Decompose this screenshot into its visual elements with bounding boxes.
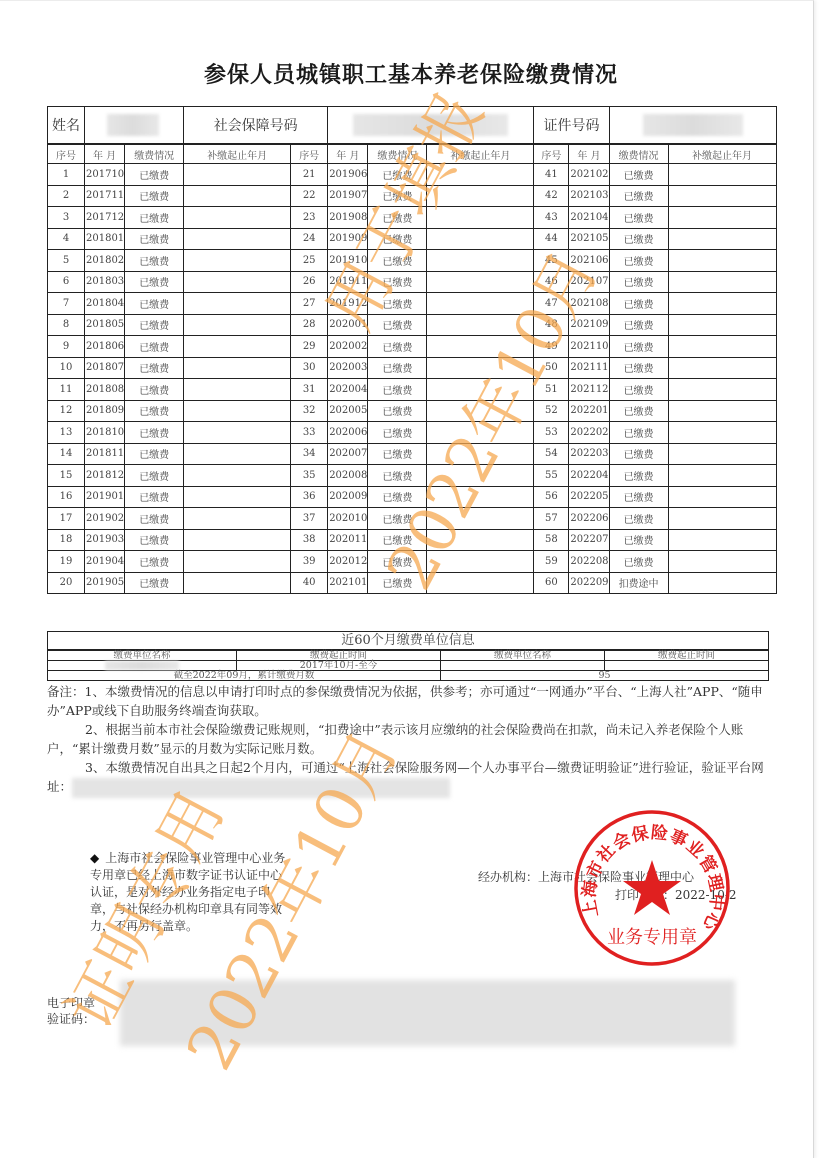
row-supplementary-period <box>427 508 534 530</box>
row-supplementary-period <box>668 164 776 186</box>
row-number: 1 <box>48 164 85 186</box>
column-header: 序号 <box>534 144 569 164</box>
name-value <box>85 107 184 145</box>
row-year-month: 201806 <box>85 336 125 358</box>
row-status: 已缴费 <box>609 400 668 422</box>
row-number: 51 <box>534 379 569 401</box>
ecode-redacted <box>120 980 735 1046</box>
row-supplementary-period <box>427 551 534 573</box>
row-supplementary-period <box>427 228 534 250</box>
row-number: 17 <box>48 508 85 530</box>
row-year-month: 202101 <box>328 572 368 594</box>
row-number: 45 <box>534 250 569 272</box>
row-number: 10 <box>48 357 85 379</box>
row-status: 已缴费 <box>368 250 427 272</box>
table-row: 19201904已缴费39202012已缴费59202208已缴费 <box>48 551 777 573</box>
ecode-label-line1: 电子印章 <box>47 995 95 1011</box>
row-supplementary-period <box>184 379 291 401</box>
row-number: 9 <box>48 336 85 358</box>
row-number: 11 <box>48 379 85 401</box>
row-year-month: 202112 <box>569 379 609 401</box>
row-status: 已缴费 <box>125 357 184 379</box>
row-number: 29 <box>291 336 328 358</box>
row-status: 已缴费 <box>125 422 184 444</box>
row-year-month: 202111 <box>569 357 609 379</box>
unit-header-name-1: 缴费单位名称 <box>48 650 237 661</box>
row-supplementary-period <box>184 465 291 487</box>
row-number: 36 <box>291 486 328 508</box>
row-year-month: 202208 <box>569 551 609 573</box>
row-supplementary-period <box>184 185 291 207</box>
row-status: 已缴费 <box>368 486 427 508</box>
ssn-value <box>328 107 534 145</box>
table-row: 17201902已缴费37202010已缴费57202206已缴费 <box>48 508 777 530</box>
row-year-month: 202204 <box>569 465 609 487</box>
row-year-month: 201808 <box>85 379 125 401</box>
row-supplementary-period <box>427 443 534 465</box>
table-row: 8201805已缴费28202001已缴费48202109已缴费 <box>48 314 777 336</box>
row-number: 54 <box>534 443 569 465</box>
row-year-month: 201812 <box>85 465 125 487</box>
row-supplementary-period <box>427 357 534 379</box>
note-1: 备注：1、本缴费情况的信息以申请打印时点的参保缴费情况为依据，供参考；亦可通过“… <box>47 682 772 720</box>
row-number: 52 <box>534 400 569 422</box>
row-year-month: 202102 <box>569 164 609 186</box>
row-supplementary-period <box>427 465 534 487</box>
row-status: 已缴费 <box>125 293 184 315</box>
row-status: 已缴费 <box>368 400 427 422</box>
row-number: 56 <box>534 486 569 508</box>
row-supplementary-period <box>184 551 291 573</box>
row-number: 27 <box>291 293 328 315</box>
row-supplementary-period <box>668 400 776 422</box>
row-year-month: 202012 <box>328 551 368 573</box>
row-supplementary-period <box>427 185 534 207</box>
row-number: 12 <box>48 400 85 422</box>
column-header: 补缴起止年月 <box>427 144 534 164</box>
row-year-month: 202008 <box>328 465 368 487</box>
row-number: 49 <box>534 336 569 358</box>
row-supplementary-period <box>668 486 776 508</box>
row-year-month: 201803 <box>85 271 125 293</box>
row-number: 30 <box>291 357 328 379</box>
star-icon <box>623 860 681 915</box>
row-supplementary-period <box>668 572 776 594</box>
row-year-month: 201905 <box>85 572 125 594</box>
table-row: 16201901已缴费36202009已缴费56202205已缴费 <box>48 486 777 508</box>
row-status: 已缴费 <box>125 164 184 186</box>
unit-name-2 <box>441 661 605 671</box>
row-year-month: 202002 <box>328 336 368 358</box>
official-seal-stamp: 上海市社会保险事业管理中心 业务专用章 <box>572 808 732 968</box>
row-year-month: 202209 <box>569 572 609 594</box>
row-year-month: 201903 <box>85 529 125 551</box>
row-supplementary-period <box>427 164 534 186</box>
row-supplementary-period <box>427 529 534 551</box>
column-header: 年 月 <box>569 144 609 164</box>
table-row: 10201807已缴费30202003已缴费50202111已缴费 <box>48 357 777 379</box>
row-year-month: 202207 <box>569 529 609 551</box>
person-info-row: 姓名社会保障号码证件号码 <box>48 107 777 145</box>
page-title: 参保人员城镇职工基本养老保险缴费情况 <box>0 58 822 89</box>
row-number: 4 <box>48 228 85 250</box>
table-row: 6201803已缴费26201911已缴费46202107已缴费 <box>48 271 777 293</box>
column-header: 序号 <box>48 144 85 164</box>
row-year-month: 201810 <box>85 422 125 444</box>
row-number: 25 <box>291 250 328 272</box>
seal-note-text: 上海市社会保险事业管理中心业务专用章已经上海市数字证书认证中心认证，是对外经办业… <box>90 851 285 933</box>
row-supplementary-period <box>184 271 291 293</box>
row-number: 46 <box>534 271 569 293</box>
payment-table: 姓名社会保障号码证件号码 序号年 月缴费情况补缴起止年月序号年 月缴费情况补缴起… <box>47 106 777 594</box>
row-number: 23 <box>291 207 328 229</box>
row-year-month: 202011 <box>328 529 368 551</box>
row-year-month: 201811 <box>85 443 125 465</box>
row-supplementary-period <box>184 228 291 250</box>
row-supplementary-period <box>668 465 776 487</box>
table-row: 2201711已缴费22201907已缴费42202103已缴费 <box>48 185 777 207</box>
row-supplementary-period <box>427 572 534 594</box>
row-status: 已缴费 <box>125 508 184 530</box>
row-status: 已缴费 <box>368 422 427 444</box>
row-number: 21 <box>291 164 328 186</box>
row-number: 14 <box>48 443 85 465</box>
row-year-month: 202201 <box>569 400 609 422</box>
row-status: 已缴费 <box>368 529 427 551</box>
row-supplementary-period <box>668 314 776 336</box>
row-status: 已缴费 <box>368 314 427 336</box>
row-supplementary-period <box>668 529 776 551</box>
table-row: 13201810已缴费33202006已缴费53202202已缴费 <box>48 422 777 444</box>
row-status: 已缴费 <box>609 271 668 293</box>
row-number: 6 <box>48 271 85 293</box>
row-supplementary-period <box>184 314 291 336</box>
unit-name-1 <box>48 661 237 671</box>
note-2: 2、根据当前本市社会保险缴费记账规则，“扣费途中”表示该月应缴纳的社会保险费尚在… <box>47 720 772 758</box>
row-number: 59 <box>534 551 569 573</box>
row-status: 已缴费 <box>368 228 427 250</box>
row-supplementary-period <box>668 185 776 207</box>
row-number: 13 <box>48 422 85 444</box>
row-year-month: 201912 <box>328 293 368 315</box>
row-supplementary-period <box>668 443 776 465</box>
id-value <box>609 107 776 145</box>
verify-url-redacted <box>72 778 450 798</box>
row-status: 已缴费 <box>125 271 184 293</box>
row-number: 15 <box>48 465 85 487</box>
row-year-month: 202206 <box>569 508 609 530</box>
row-supplementary-period <box>668 228 776 250</box>
row-year-month: 202202 <box>569 422 609 444</box>
row-status: 已缴费 <box>125 314 184 336</box>
row-status: 已缴费 <box>368 379 427 401</box>
row-status: 已缴费 <box>125 185 184 207</box>
row-supplementary-period <box>427 314 534 336</box>
unit-header-period-1: 缴费起止时间 <box>237 650 441 661</box>
row-supplementary-period <box>668 293 776 315</box>
column-header: 补缴起止年月 <box>668 144 776 164</box>
notes-section: 备注：1、本缴费情况的信息以申请打印时点的参保缴费情况为依据，供参考；亦可通过“… <box>47 682 772 798</box>
column-header: 缴费情况 <box>609 144 668 164</box>
row-number: 44 <box>534 228 569 250</box>
row-number: 38 <box>291 529 328 551</box>
table-row: 18201903已缴费38202011已缴费58202207已缴费 <box>48 529 777 551</box>
row-status: 已缴费 <box>609 336 668 358</box>
column-header-row: 序号年 月缴费情况补缴起止年月序号年 月缴费情况补缴起止年月序号年 月缴费情况补… <box>48 144 777 164</box>
row-status: 已缴费 <box>368 271 427 293</box>
column-header: 年 月 <box>85 144 125 164</box>
row-year-month: 202007 <box>328 443 368 465</box>
unit-info-title: 近60个月缴费单位信息 <box>48 632 769 651</box>
row-status: 已缴费 <box>125 207 184 229</box>
unit-period-1: 2017年10月-至今 <box>237 661 441 671</box>
row-status: 已缴费 <box>368 357 427 379</box>
row-status: 已缴费 <box>368 572 427 594</box>
row-supplementary-period <box>427 250 534 272</box>
row-status: 已缴费 <box>125 443 184 465</box>
row-year-month: 202205 <box>569 486 609 508</box>
row-number: 33 <box>291 422 328 444</box>
row-number: 41 <box>534 164 569 186</box>
row-supplementary-period <box>184 207 291 229</box>
ssn-redacted <box>353 114 508 136</box>
table-row: 20201905已缴费40202101已缴费60202209扣费途中 <box>48 572 777 594</box>
row-status: 已缴费 <box>368 443 427 465</box>
row-status: 已缴费 <box>609 508 668 530</box>
row-supplementary-period <box>668 508 776 530</box>
row-number: 40 <box>291 572 328 594</box>
row-year-month: 201802 <box>85 250 125 272</box>
row-number: 43 <box>534 207 569 229</box>
column-header: 缴费情况 <box>368 144 427 164</box>
row-supplementary-period <box>184 357 291 379</box>
row-year-month: 201805 <box>85 314 125 336</box>
row-supplementary-period <box>184 422 291 444</box>
row-number: 7 <box>48 293 85 315</box>
row-year-month: 201711 <box>85 185 125 207</box>
row-year-month: 202006 <box>328 422 368 444</box>
row-number: 8 <box>48 314 85 336</box>
ecode-label: 电子印章 验证码： <box>47 995 95 1027</box>
row-status: 已缴费 <box>125 529 184 551</box>
ssn-label: 社会保障号码 <box>184 107 328 145</box>
row-status: 已缴费 <box>609 164 668 186</box>
row-year-month: 202003 <box>328 357 368 379</box>
row-status: 已缴费 <box>368 508 427 530</box>
row-year-month: 201911 <box>328 271 368 293</box>
row-year-month: 201809 <box>85 400 125 422</box>
row-number: 16 <box>48 486 85 508</box>
row-supplementary-period <box>184 293 291 315</box>
row-year-month: 201910 <box>328 250 368 272</box>
row-year-month: 201710 <box>85 164 125 186</box>
row-supplementary-period <box>668 336 776 358</box>
row-status: 已缴费 <box>368 293 427 315</box>
column-header: 年 月 <box>328 144 368 164</box>
table-row: 15201812已缴费35202008已缴费55202204已缴费 <box>48 465 777 487</box>
row-year-month: 202107 <box>569 271 609 293</box>
row-year-month: 201801 <box>85 228 125 250</box>
row-year-month: 201907 <box>328 185 368 207</box>
row-supplementary-period <box>427 271 534 293</box>
row-supplementary-period <box>668 379 776 401</box>
row-status: 已缴费 <box>609 465 668 487</box>
row-status: 已缴费 <box>368 551 427 573</box>
row-supplementary-period <box>184 443 291 465</box>
row-supplementary-period <box>184 508 291 530</box>
row-supplementary-period <box>427 486 534 508</box>
table-row: 9201806已缴费29202002已缴费49202110已缴费 <box>48 336 777 358</box>
row-status: 已缴费 <box>609 250 668 272</box>
row-supplementary-period <box>668 271 776 293</box>
row-status: 已缴费 <box>609 486 668 508</box>
row-status: 已缴费 <box>368 185 427 207</box>
row-year-month: 202108 <box>569 293 609 315</box>
row-supplementary-period <box>184 486 291 508</box>
id-redacted <box>643 114 743 136</box>
row-year-month: 202004 <box>328 379 368 401</box>
row-supplementary-period <box>668 422 776 444</box>
row-status: 已缴费 <box>609 228 668 250</box>
row-supplementary-period <box>427 207 534 229</box>
row-status: 已缴费 <box>609 357 668 379</box>
row-year-month: 201908 <box>328 207 368 229</box>
row-supplementary-period <box>184 250 291 272</box>
table-row: 7201804已缴费27201912已缴费47202108已缴费 <box>48 293 777 315</box>
row-supplementary-period <box>184 572 291 594</box>
row-status: 已缴费 <box>125 228 184 250</box>
table-row: 14201811已缴费34202007已缴费54202203已缴费 <box>48 443 777 465</box>
column-header: 缴费情况 <box>125 144 184 164</box>
row-number: 2 <box>48 185 85 207</box>
row-year-month: 202009 <box>328 486 368 508</box>
row-year-month: 202001 <box>328 314 368 336</box>
row-status: 已缴费 <box>125 400 184 422</box>
row-number: 22 <box>291 185 328 207</box>
unit-header-name-2: 缴费单位名称 <box>441 650 605 661</box>
row-status: 扣费途中 <box>609 572 668 594</box>
row-supplementary-period <box>184 336 291 358</box>
row-number: 35 <box>291 465 328 487</box>
row-year-month: 201904 <box>85 551 125 573</box>
row-status: 已缴费 <box>125 379 184 401</box>
row-number: 18 <box>48 529 85 551</box>
row-status: 已缴费 <box>609 207 668 229</box>
row-year-month: 202105 <box>569 228 609 250</box>
table-row: 12201809已缴费32202005已缴费52202201已缴费 <box>48 400 777 422</box>
row-year-month: 201712 <box>85 207 125 229</box>
row-number: 55 <box>534 465 569 487</box>
table-row: 3201712已缴费23201908已缴费43202104已缴费 <box>48 207 777 229</box>
row-year-month: 201807 <box>85 357 125 379</box>
row-number: 57 <box>534 508 569 530</box>
row-status: 已缴费 <box>368 465 427 487</box>
unit-period-2 <box>605 661 769 671</box>
row-year-month: 201902 <box>85 508 125 530</box>
unit-info-table: 近60个月缴费单位信息 缴费单位名称 缴费起止时间 缴费单位名称 缴费起止时间 … <box>47 631 769 681</box>
row-status: 已缴费 <box>609 379 668 401</box>
diamond-bullet-icon: ◆ <box>90 851 99 865</box>
table-row: 11201808已缴费31202004已缴费51202112已缴费 <box>48 379 777 401</box>
row-number: 48 <box>534 314 569 336</box>
row-year-month: 202005 <box>328 400 368 422</box>
row-supplementary-period <box>427 379 534 401</box>
row-year-month: 201901 <box>85 486 125 508</box>
row-year-month: 202010 <box>328 508 368 530</box>
row-number: 58 <box>534 529 569 551</box>
row-status: 已缴费 <box>609 443 668 465</box>
row-year-month: 202103 <box>569 185 609 207</box>
row-number: 37 <box>291 508 328 530</box>
id-label: 证件号码 <box>534 107 609 145</box>
row-number: 3 <box>48 207 85 229</box>
row-number: 42 <box>534 185 569 207</box>
stamp-bottom-text: 业务专用章 <box>607 927 697 948</box>
row-supplementary-period <box>427 293 534 315</box>
column-header: 序号 <box>291 144 328 164</box>
row-supplementary-period <box>668 551 776 573</box>
row-year-month: 202109 <box>569 314 609 336</box>
row-status: 已缴费 <box>125 465 184 487</box>
name-label: 姓名 <box>48 107 85 145</box>
row-year-month: 202104 <box>569 207 609 229</box>
row-supplementary-period <box>184 529 291 551</box>
row-supplementary-period <box>427 336 534 358</box>
row-number: 47 <box>534 293 569 315</box>
seal-note: ◆上海市社会保险事业管理中心业务专用章已经上海市数字证书认证中心认证，是对外经办… <box>90 850 290 935</box>
table-row: 5201802已缴费25201910已缴费45202106已缴费 <box>48 250 777 272</box>
row-status: 已缴费 <box>368 164 427 186</box>
row-year-month: 202106 <box>569 250 609 272</box>
row-supplementary-period <box>184 164 291 186</box>
row-year-month: 202110 <box>569 336 609 358</box>
row-status: 已缴费 <box>125 551 184 573</box>
row-supplementary-period <box>427 422 534 444</box>
row-supplementary-period <box>184 400 291 422</box>
unit-name-redacted <box>105 661 179 670</box>
row-supplementary-period <box>668 250 776 272</box>
row-status: 已缴费 <box>368 207 427 229</box>
row-year-month: 201906 <box>328 164 368 186</box>
row-number: 20 <box>48 572 85 594</box>
row-number: 24 <box>291 228 328 250</box>
table-row: 1201710已缴费21201906已缴费41202102已缴费 <box>48 164 777 186</box>
row-number: 50 <box>534 357 569 379</box>
row-number: 5 <box>48 250 85 272</box>
row-number: 53 <box>534 422 569 444</box>
ecode-label-line2: 验证码： <box>47 1011 95 1027</box>
total-months-label: 截至2022年09月，累计缴费月数 <box>48 671 441 681</box>
row-status: 已缴费 <box>125 250 184 272</box>
row-status: 已缴费 <box>609 551 668 573</box>
unit-header-period-2: 缴费起止时间 <box>605 650 769 661</box>
row-status: 已缴费 <box>125 486 184 508</box>
row-supplementary-period <box>427 400 534 422</box>
name-redacted <box>107 114 159 136</box>
row-supplementary-period <box>668 207 776 229</box>
row-status: 已缴费 <box>125 572 184 594</box>
row-status: 已缴费 <box>609 422 668 444</box>
total-months-value: 95 <box>441 671 769 681</box>
row-number: 60 <box>534 572 569 594</box>
row-status: 已缴费 <box>609 529 668 551</box>
row-number: 34 <box>291 443 328 465</box>
row-status: 已缴费 <box>368 336 427 358</box>
row-year-month: 202203 <box>569 443 609 465</box>
row-status: 已缴费 <box>609 314 668 336</box>
row-year-month: 201909 <box>328 228 368 250</box>
table-row: 4201801已缴费24201909已缴费44202105已缴费 <box>48 228 777 250</box>
